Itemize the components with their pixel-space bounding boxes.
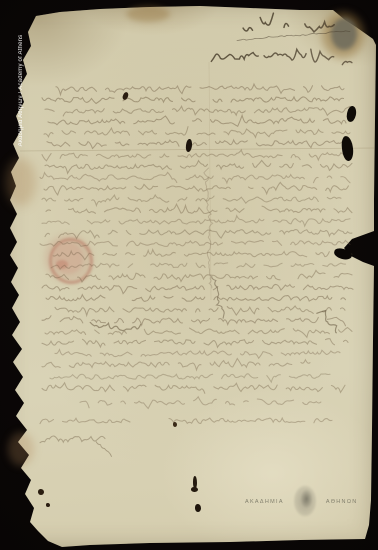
ink-dot (195, 504, 201, 512)
archivist-annotation-strokes (211, 13, 352, 64)
handwriting-layer (0, 0, 378, 550)
archive-overlay-label: Ακαδημία Αθηνών / Academy of Athens (17, 25, 26, 156)
edge-speck (46, 503, 50, 507)
ink-dash-head (191, 487, 198, 492)
manuscript-strokes (40, 84, 353, 456)
athena-head-watermark-icon (289, 479, 321, 523)
watermark-text-left: ΑΚΑΔΗΜΙΑ (245, 499, 284, 505)
small-speck (173, 422, 177, 427)
edge-speck (38, 489, 44, 495)
academy-watermark: ΑΚΑΔΗΜΙΑ ΑΘΗΝΩΝ (245, 478, 359, 524)
archive-scan: ΑΚΑΔΗΜΙΑ ΑΘΗΝΩΝ Ακαδημία Αθηνών / Academ… (0, 0, 378, 550)
watermark-text-right: ΑΘΗΝΩΝ (326, 499, 358, 505)
